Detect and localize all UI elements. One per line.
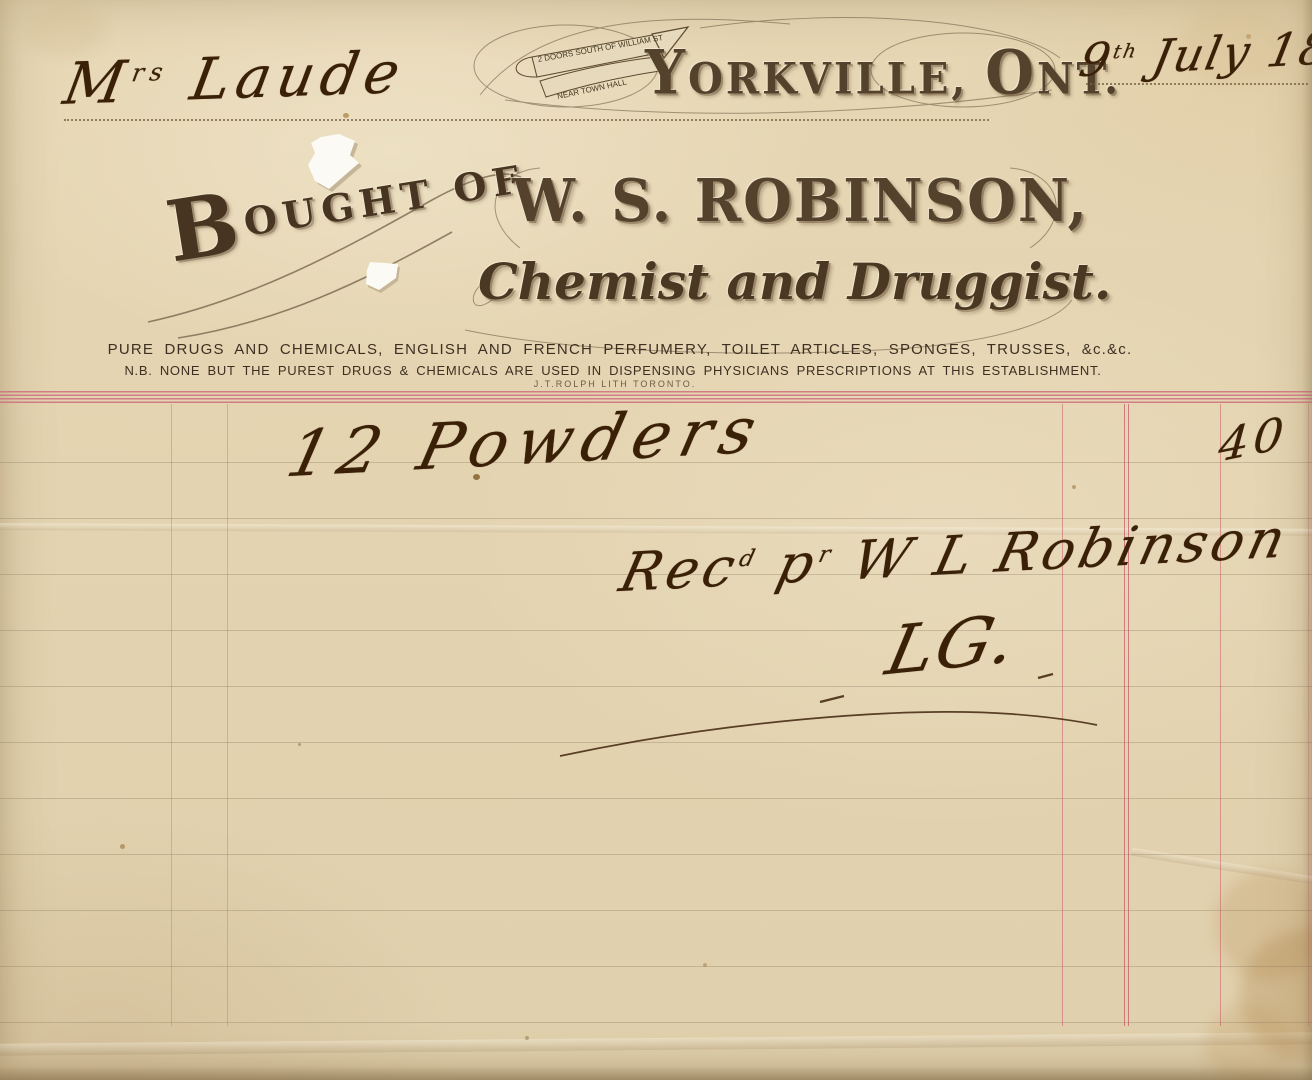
speck	[343, 113, 349, 118]
entry-item-handwriting: 12 Powders	[280, 394, 772, 492]
ledger-hline	[0, 854, 1312, 855]
ledger-vrule	[1308, 404, 1309, 1026]
received-handwriting: Recd pr W L Robinson	[614, 507, 1295, 604]
ledger-vrule	[227, 404, 228, 1026]
name-rule	[64, 119, 989, 121]
tagline: PURE DRUGS AND CHEMICALS, ENGLISH AND FR…	[70, 341, 1170, 358]
ledger-vrule	[1220, 404, 1221, 1026]
city-initial: O	[985, 37, 1037, 108]
stain	[1240, 930, 1312, 1060]
signature-flourish	[0, 640, 1312, 800]
stain	[1215, 870, 1312, 980]
ledger-hline	[0, 630, 1312, 631]
proprietor-name: W. S. ROBINSON,	[512, 166, 1048, 235]
business-line: Chemist and Druggist.	[478, 252, 1058, 311]
ledger-hline	[0, 798, 1312, 799]
date-rule	[1086, 83, 1308, 85]
nb-line: N.B. NONE BUT THE PUREST DRUGS & CHEMICA…	[108, 363, 1118, 378]
speck	[703, 963, 707, 967]
paper-hole	[308, 134, 359, 189]
speck	[1072, 485, 1076, 489]
speck	[525, 1036, 529, 1040]
ledger-hline	[0, 742, 1312, 743]
ledger-hline	[0, 910, 1312, 911]
city-initial: Y	[645, 37, 688, 108]
ledger-vrule	[1128, 404, 1129, 1026]
entry-amount-handwriting: 40	[1217, 406, 1290, 473]
ledger-vrule	[171, 404, 172, 1026]
paper-hole	[366, 262, 398, 290]
ledger-vrule	[1062, 404, 1063, 1026]
speck	[120, 844, 125, 849]
ledger-hline	[0, 966, 1312, 967]
crease	[1131, 848, 1312, 897]
scanned-invoice-paper: 2 DOORS SOUTH OF WILLIAM ST NEAR TOWN HA…	[0, 0, 1312, 1080]
date-handwriting: 9th July 187	[1075, 19, 1312, 88]
lith-credit: J.T.ROLPH LITH TORONTO.	[515, 379, 715, 389]
stain	[25, 5, 105, 55]
bottom-edge-shadow	[0, 1066, 1312, 1080]
city-title: YORKVILLE, ONT.	[645, 37, 1057, 108]
initials-handwriting: LG.	[880, 600, 1025, 692]
ledger-vrule	[1124, 404, 1125, 1026]
speck	[298, 743, 301, 746]
bought-of-label: BOUGHT OF	[164, 161, 497, 257]
ledger-hline	[0, 1022, 1312, 1023]
crease	[0, 1032, 1312, 1055]
ledger-hline	[0, 686, 1312, 687]
customer-name-handwriting: Mrs Laude	[59, 38, 411, 118]
stain	[1205, 1005, 1295, 1080]
right-edge-shadow	[1302, 0, 1312, 1080]
ribbon-text-bottom: NEAR TOWN HALL	[556, 77, 628, 101]
